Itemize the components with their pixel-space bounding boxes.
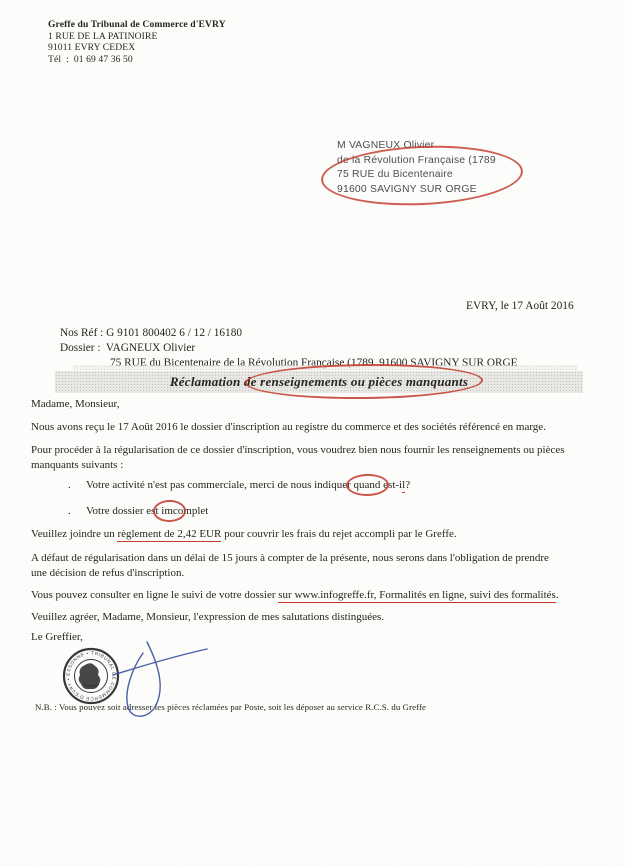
bullet1-mid: est-i xyxy=(380,479,402,491)
paragraph-regularisation-line1: Pour procéder à la régularisation de ce … xyxy=(31,443,606,458)
bullet-marker: . xyxy=(68,479,86,491)
dossier-line: Dossier : VAGNEUX Olivier xyxy=(60,341,518,356)
red-circle-annotation-imc: imc xyxy=(161,505,178,517)
letter-title-pre: Réclamation de xyxy=(170,374,260,389)
paragraph-online-tracking: Vous pouvez consulter en ligne le suivi … xyxy=(31,588,559,603)
paragraph-deadline: A défaut de régularisation dans un délai… xyxy=(31,551,606,582)
handwritten-signature xyxy=(113,642,207,716)
bullet1-circled-word: quand xyxy=(354,479,381,491)
bullet2-circled-word: imc xyxy=(161,505,178,517)
paragraph-received: Nous avons reçu le 17 Août 2016 le dossi… xyxy=(31,420,546,435)
paragraph-regularisation: Pour procéder à la régularisation de ce … xyxy=(31,443,606,474)
salutation: Madame, Monsieur, xyxy=(31,397,119,412)
bullet2-pre: Votre dossier est xyxy=(86,505,161,517)
bullet-item-dossier: .Votre dossier est imcomplet xyxy=(68,505,208,517)
our-ref-line: Nos Réf : G 9101 800402 6 / 12 / 16180 xyxy=(60,326,518,341)
paragraph-online-post: . xyxy=(556,589,559,601)
scanned-letter-page: Greffe du Tribunal de Commerce d'EVRY 1 … xyxy=(0,0,625,866)
red-underline-annotation-payment: règlement de 2,42 EUR xyxy=(117,528,221,542)
paragraph-online-pre: Vous pouvez consulter en ligne le suivi … xyxy=(31,589,278,601)
sender-phone: Tél : 01 69 47 36 50 xyxy=(48,54,226,66)
sender-address-line1: 1 RUE DE LA PATINOIRE xyxy=(48,31,226,43)
sender-address-line2: 91011 EVRY CEDEX xyxy=(48,42,226,54)
paragraph-closing: Veuillez agréer, Madame, Monsieur, l'exp… xyxy=(31,610,384,625)
letter-title-band: Réclamation de renseignements ou pièces … xyxy=(55,371,583,393)
paragraph-regularisation-line2: manquants suivants : xyxy=(31,458,606,473)
bullet2-post: omplet xyxy=(178,505,209,517)
bullet1-post: ? xyxy=(405,479,410,491)
bullet1-pre: Votre activité n'est pas commerciale, me… xyxy=(86,479,354,491)
red-circle-annotation-title: renseignements ou pièces manquants xyxy=(260,371,468,392)
red-circle-annotation-quand: quand xyxy=(354,479,381,491)
sender-block: Greffe du Tribunal de Commerce d'EVRY 1 … xyxy=(48,19,226,66)
court-seal-stamp-icon: TRIBUNAL DE COMMERCE D'EVRY • ESSONNE • xyxy=(64,649,118,703)
bullet-marker: . xyxy=(68,505,86,517)
paragraph-deadline-line2: une décision de refus d'inscription. xyxy=(31,566,606,581)
letter-title-circled: renseignements ou pièces manquants xyxy=(260,374,468,389)
seal-and-signature-graphic: TRIBUNAL DE COMMERCE D'EVRY • ESSONNE • xyxy=(55,638,240,733)
paragraph-deadline-line1: A défaut de régularisation dans un délai… xyxy=(31,551,606,566)
bullet-item-activity: .Votre activité n'est pas commerciale, m… xyxy=(68,479,410,491)
band-top-strip xyxy=(73,365,578,370)
red-underline-annotation-website: sur www.infogreffe.fr, Formalités en lig… xyxy=(278,589,556,603)
paragraph-payment-post: pour couvrir les frais du rejet accompli… xyxy=(221,528,456,540)
date-line: EVRY, le 17 Août 2016 xyxy=(466,300,574,312)
paragraph-payment: Veuillez joindre un règlement de 2,42 EU… xyxy=(31,527,457,542)
paragraph-payment-pre: Veuillez joindre un xyxy=(31,528,117,540)
sender-name: Greffe du Tribunal de Commerce d'EVRY xyxy=(48,19,226,31)
